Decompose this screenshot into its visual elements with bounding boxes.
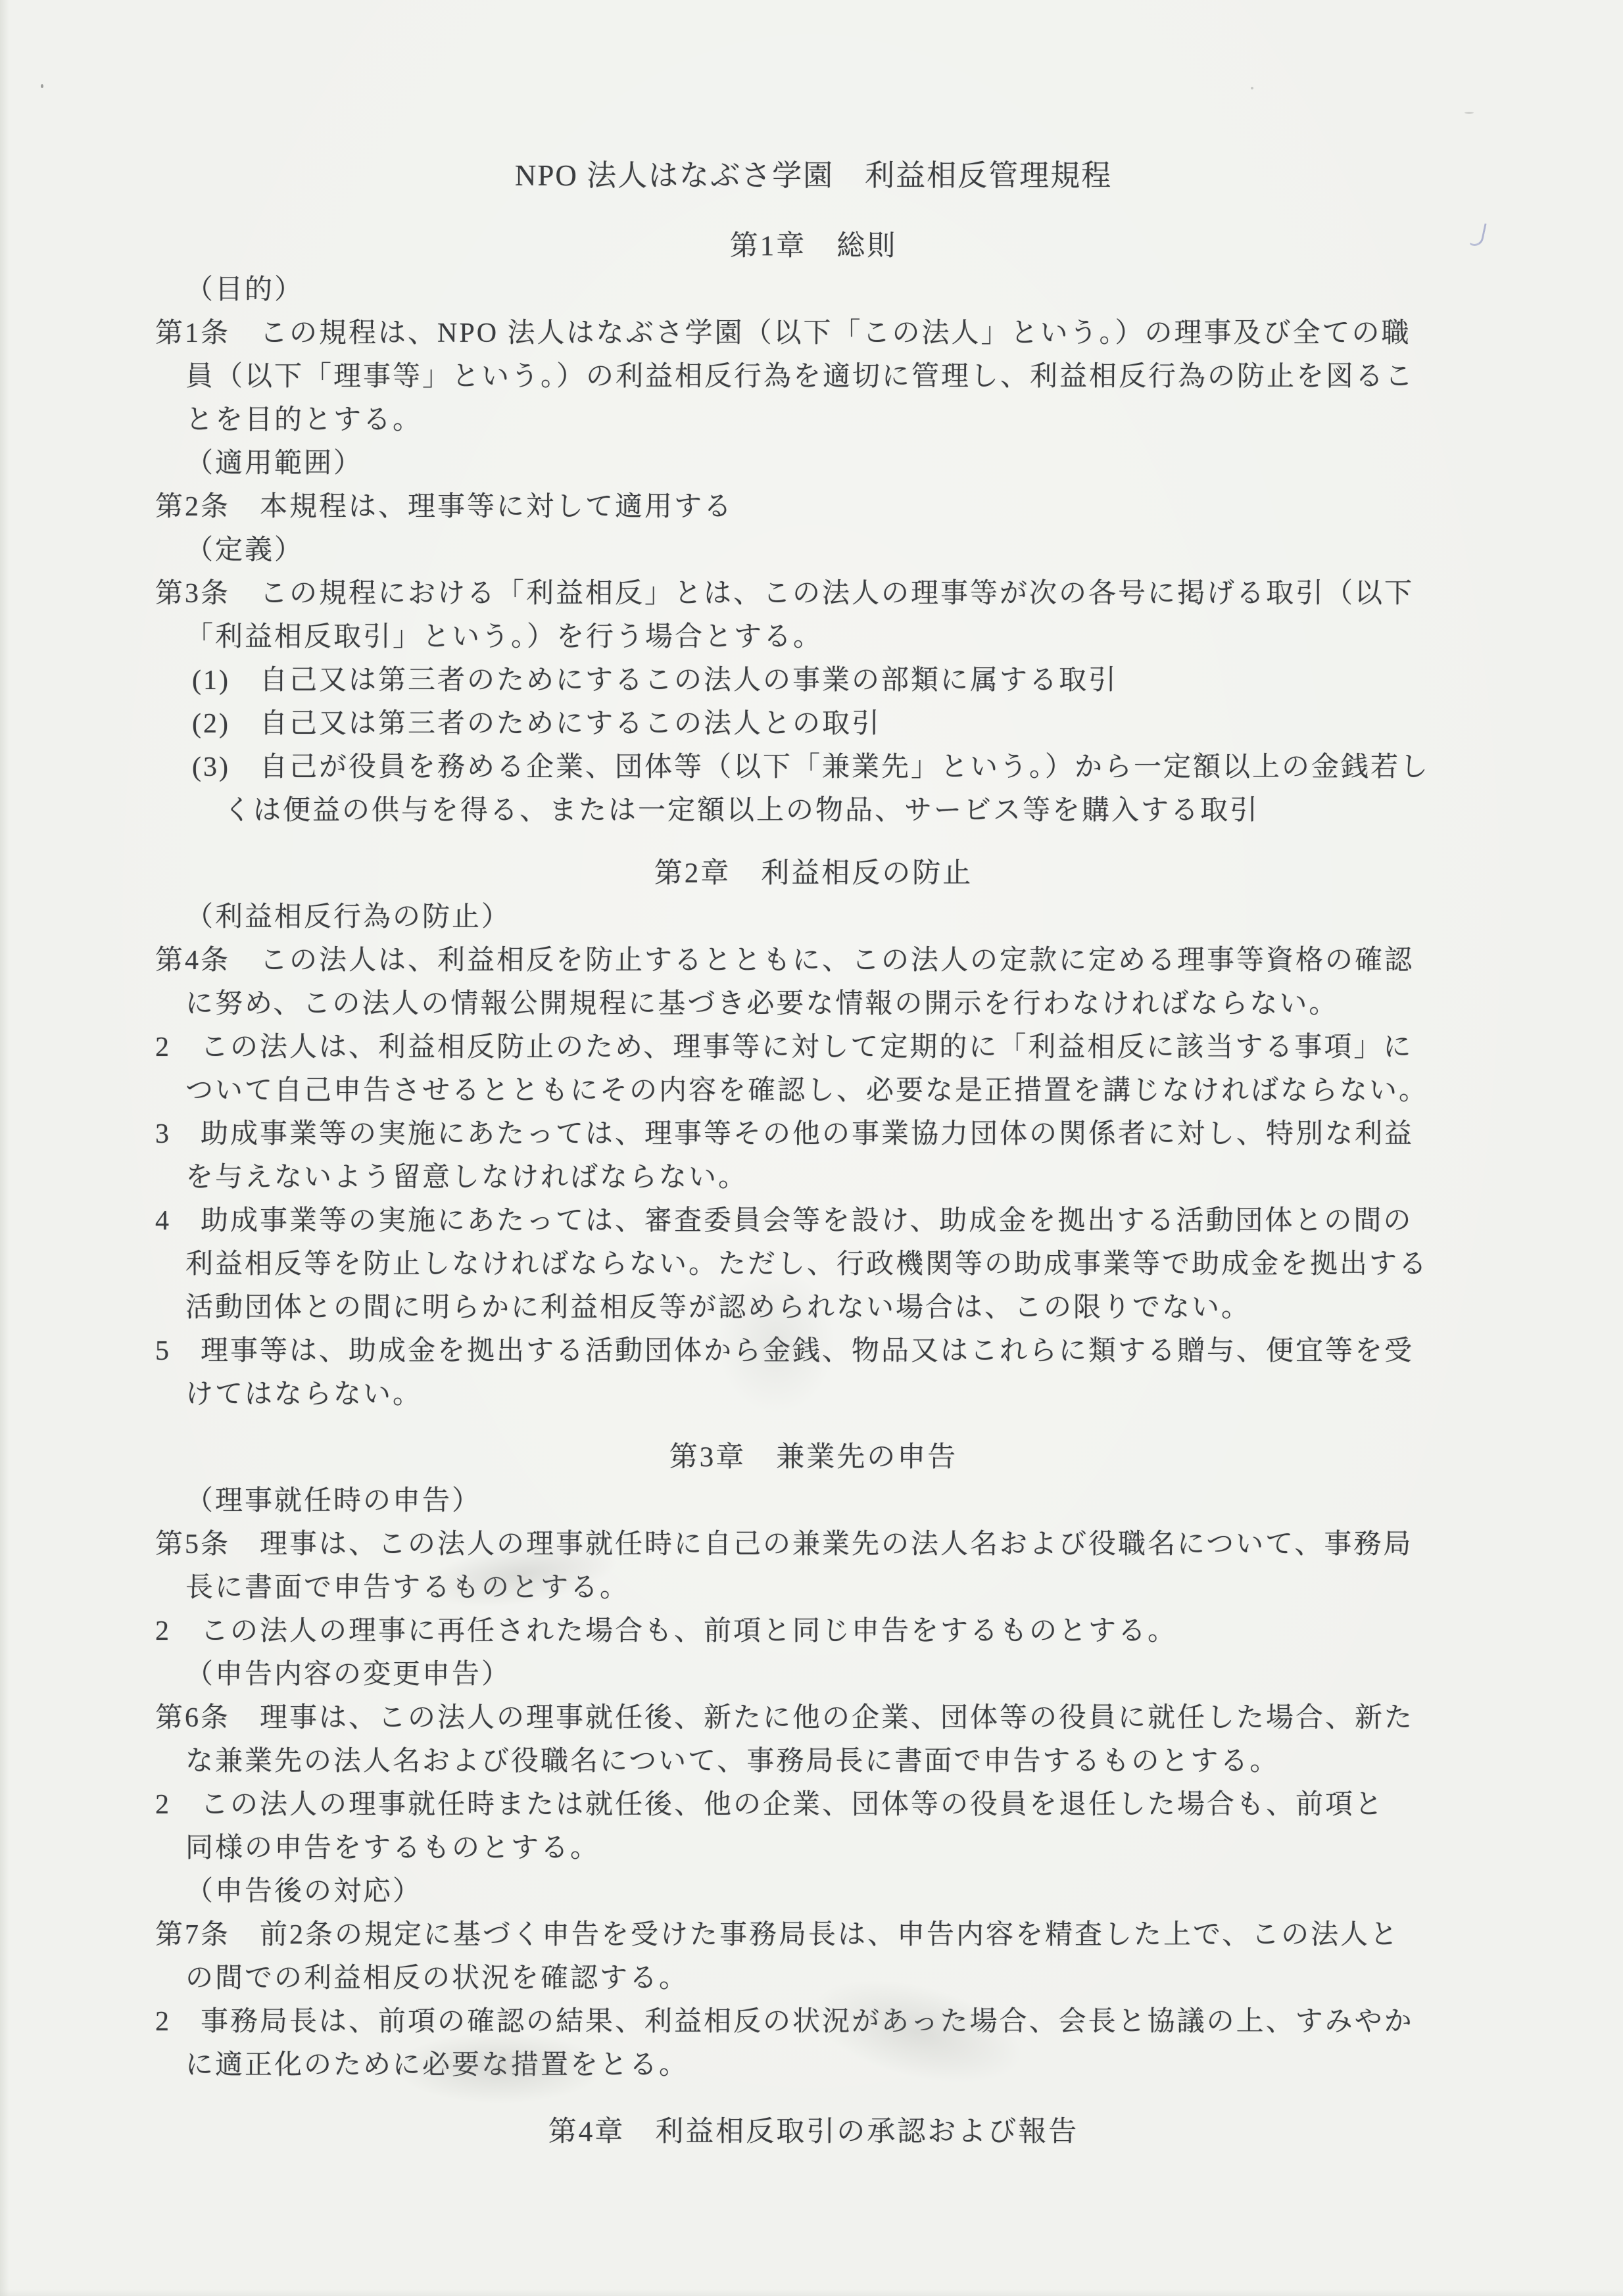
text-line: 利益相反等を防止しなければならない。ただし、行政機関等の助成事業等で助成金を拠出…	[155, 1243, 1544, 1286]
article-1-caption: （目的）	[155, 268, 1544, 312]
chapter-1-heading: 第1章 総則	[155, 225, 1544, 268]
article-4-caption: （利益相反行為の防止）	[155, 896, 1544, 939]
text-line: 第3条 この規程における「利益相反」とは、この法人の理事等が次の各号に掲げる取引…	[155, 572, 1544, 615]
text-line: 第5条 理事は、この法人の理事就任時に自己の兼業先の法人名および役職名について、…	[155, 1523, 1544, 1566]
text-line: 2 この法人の理事就任時または就任後、他の企業、団体等の役員を退任した場合も、前…	[155, 1783, 1544, 1827]
document-body: NPO 法人はなぶさ学園 利益相反管理規程 第1章 総則 （目的） 第1条 この…	[0, 0, 1623, 2154]
text-line: 4 助成事業等の実施にあたっては、審査委員会等を設け、助成金を拠出する活動団体と…	[155, 1199, 1544, 1243]
page-title: NPO 法人はなぶさ学園 利益相反管理規程	[155, 153, 1544, 199]
article-6-caption: （申告内容の変更申告）	[155, 1653, 1544, 1696]
text-line: 5 理事等は、助成金を拠出する活動団体から金銭、物品又はこれらに類する贈与、便宜…	[155, 1329, 1544, 1373]
article-3-caption: （定義）	[155, 529, 1544, 572]
text-line: 第7条 前2条の規定に基づく申告を受けた事務局長は、申告内容を精査した上で、この…	[155, 1913, 1544, 1957]
article-5-caption: （理事就任時の申告）	[155, 1479, 1544, 1523]
text-line: 活動団体との間に明らかに利益相反等が認められない場合は、この限りでない。	[155, 1286, 1544, 1329]
chapter-3-heading: 第3章 兼業先の申告	[155, 1436, 1544, 1479]
text-line: 長に書面で申告するものとする。	[155, 1566, 1544, 1610]
text-line: な兼業先の法人名および役職名について、事務局長に書面で申告するものとする。	[155, 1740, 1544, 1783]
text-line: を与えないよう留意しなければならない。	[155, 1156, 1544, 1199]
article-2-caption: （適用範囲）	[155, 442, 1544, 485]
text-line: 第2条 本規程は、理事等に対して適用する	[155, 485, 1544, 529]
text-line: 3 助成事業等の実施にあたっては、理事等その他の事業協力団体の関係者に対し、特別…	[155, 1112, 1544, 1156]
text-line: とを目的とする。	[155, 398, 1544, 442]
text-line: 第6条 理事は、この法人の理事就任後、新たに他の企業、団体等の役員に就任した場合…	[155, 1696, 1544, 1740]
list-item: (2) 自己又は第三者のためにするこの法人との取引	[155, 702, 1544, 746]
article-7-caption: （申告後の対応）	[155, 1870, 1544, 1913]
text-line: 員（以下「理事等」という。）の利益相反行為を適切に管理し、利益相反行為の防止を図…	[155, 355, 1544, 398]
list-item-continuation: くは便益の供与を得る、または一定額以上の物品、サービス等を購入する取引	[155, 789, 1544, 832]
text-line: 第4条 この法人は、利益相反を防止するとともに、この法人の定款に定める理事等資格…	[155, 939, 1544, 982]
list-item: (1) 自己又は第三者のためにするこの法人の事業の部類に属する取引	[155, 659, 1544, 702]
text-line: の間での利益相反の状況を確認する。	[155, 1957, 1544, 2000]
text-line: けてはならない。	[155, 1373, 1544, 1416]
scanned-document-page: NPO 法人はなぶさ学園 利益相反管理規程 第1章 総則 （目的） 第1条 この…	[0, 0, 1623, 2296]
text-line: 「利益相反取引」という。）を行う場合とする。	[155, 615, 1544, 659]
chapter-2-heading: 第2章 利益相反の防止	[155, 852, 1544, 896]
text-line: ついて自己申告させるとともにその内容を確認し、必要な是正措置を講じなければならな…	[155, 1069, 1544, 1112]
text-line: に適正化のために必要な措置をとる。	[155, 2044, 1544, 2087]
text-line: 2 この法人は、利益相反防止のため、理事等に対して定期的に「利益相反に該当する事…	[155, 1026, 1544, 1069]
chapter-4-heading: 第4章 利益相反取引の承認および報告	[155, 2111, 1544, 2154]
text-line: 2 この法人の理事に再任された場合も、前項と同じ申告をするものとする。	[155, 1610, 1544, 1653]
text-line: 同様の申告をするものとする。	[155, 1827, 1544, 1870]
text-line: に努め、この法人の情報公開規程に基づき必要な情報の開示を行わなければならない。	[155, 982, 1544, 1026]
text-line: 第1条 この規程は、NPO 法人はなぶさ学園（以下「この法人」という。）の理事及…	[155, 312, 1544, 355]
text-line: 2 事務局長は、前項の確認の結果、利益相反の状況があった場合、会長と協議の上、す…	[155, 2000, 1544, 2044]
list-item: (3) 自己が役員を務める企業、団体等（以下「兼業先」という。）から一定額以上の…	[155, 746, 1544, 789]
